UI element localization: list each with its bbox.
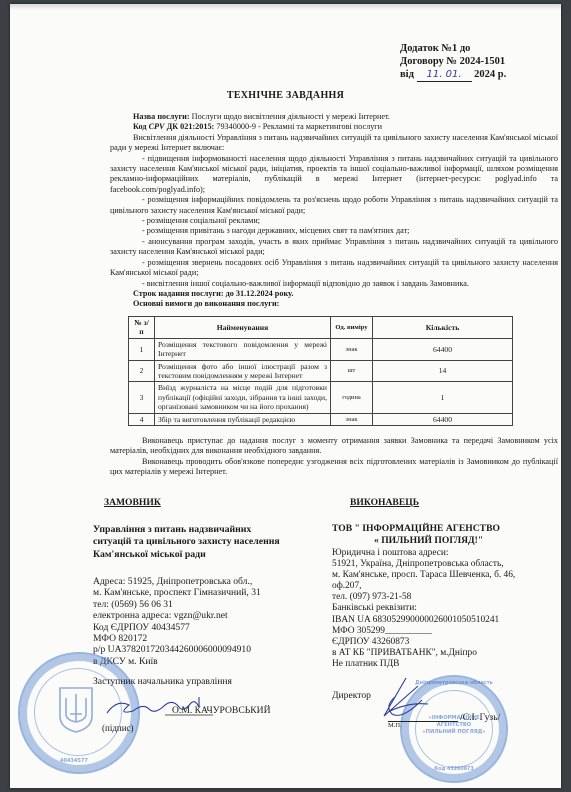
customer-mfo: МФО 820172	[93, 633, 328, 644]
row-unit: шт	[331, 360, 373, 382]
executor-vat-status: Не платник ПДВ	[332, 659, 561, 670]
service-code: Код CPV ДК 021:2015: 79340000-9 - Реклам…	[110, 122, 558, 132]
header-quantity: Кількість	[373, 317, 513, 339]
executor-signer-name: /С.І. Гузь/	[460, 712, 500, 723]
after-paragraph: Виконавець проводить обов'язкове поперед…	[110, 457, 558, 478]
code-label-cpv: CPV	[149, 122, 165, 131]
customer-email: електронна адреса: vgzn@ukr.net	[93, 610, 328, 621]
service-item: - розміщення інформаційних повідомлень т…	[110, 195, 558, 216]
customer-bank: в ДКСУ м. Київ	[93, 656, 328, 667]
code-label-pre: Код	[133, 122, 147, 131]
row-name: Збір та виготовлення публікації редакціє…	[155, 413, 331, 425]
service-item: - висвітлення іншої соціально-важливої і…	[110, 279, 558, 289]
signature-caption: (підпис)	[102, 723, 134, 733]
customer-address: Адреса: 51925, Дніпропетровська обл.,	[93, 576, 328, 587]
customer-signer-name: О.М. КАЧУРОВСЬКИЙ	[172, 705, 271, 716]
header-unit: Од. виміру	[331, 317, 373, 339]
row-name: Розміщення текстового повідомлення у мер…	[155, 338, 331, 360]
header-number: № з/п	[129, 317, 155, 339]
executor-name-line-1: ТОВ " ІНФОРМАЦІЙНЕ АГЕНСТВО	[332, 523, 500, 535]
executor-bank: в АТ КБ "ПРИВАТБАНК", м.Дніпро	[332, 648, 561, 659]
customer-name: Управління з питань надзвичайних ситуаці…	[93, 524, 323, 561]
row-unit: година	[331, 382, 373, 413]
service-item: - анонсування програм заходів, участь в …	[110, 237, 558, 258]
handwritten-date: 11. 01.	[417, 68, 472, 82]
customer-name-line: Кам'янської міської ради	[93, 549, 323, 561]
executor-address-label: Юридична і поштова адреси:	[332, 548, 561, 559]
row-quantity: 64400	[373, 338, 513, 360]
executor-signature-icon	[378, 676, 458, 724]
trident-emblem-icon	[56, 684, 96, 734]
row-number: 2	[129, 360, 155, 382]
after-table-text: Виконавець приступає до надання послуг з…	[110, 436, 558, 478]
row-quantity: 14	[373, 360, 513, 382]
code-label-post: ДК 021:2015:	[167, 122, 215, 131]
executor-mfo: МФО 305299__________	[332, 626, 561, 637]
mp-label: М.П.	[388, 721, 458, 729]
stamp-line: «ПИЛЬНИЙ ПОГЛЯД»	[422, 729, 486, 736]
executor-bank-label: Банківські реквізити:	[332, 603, 561, 614]
customer-heading: ЗАМОВНИК	[104, 497, 161, 508]
executor-details: Юридична і поштова адреси: 51921, Україн…	[332, 548, 561, 670]
table-row: 3 Виїзд журналіста на місце подій для пі…	[129, 382, 513, 413]
customer-edrpou: Код ЄДРПОУ 40434577	[93, 622, 328, 633]
appendix-header: Додаток №1 до Договору № 2024-1501 від 1…	[400, 42, 506, 82]
service-item: - розміщення привітань з нагоди державни…	[110, 226, 558, 236]
row-number: 1	[129, 338, 155, 360]
table-row: 4 Збір та виготовлення публікації редакц…	[129, 413, 513, 425]
service-term: Строк надання послуги: до 31.12.2024 рок…	[110, 289, 558, 299]
executor-address-2: м. Кам'янське, просп. Тараса Шевченка, б…	[332, 570, 561, 581]
customer-name-line: ситуацій та цивільного захисту населення	[93, 536, 323, 548]
customer-stamp-code: 40434577	[60, 758, 88, 764]
customer-details: Адреса: 51925, Дніпропетровська обл., м.…	[93, 576, 328, 667]
service-description: Назва послуги: Послуги щодо висвітлення …	[110, 112, 558, 310]
appendix-line-2: Договору № 2024-1501	[400, 55, 506, 68]
appendix-date: від 11. 01. 2024 р.	[400, 68, 506, 82]
row-quantity: 64400	[373, 413, 513, 425]
service-name-label: Назва послуги:	[133, 112, 190, 121]
service-name-value: Послуги щодо висвітлення діяльності у ме…	[192, 112, 390, 121]
executor-edrpou: ЄДРПОУ 43260873	[332, 637, 561, 648]
row-number: 3	[129, 382, 155, 413]
row-name: Розміщення фото або іншої ілюстрації раз…	[155, 360, 331, 382]
service-item: - розміщення звернень посадових осіб Упр…	[110, 258, 558, 279]
row-unit: знак	[331, 413, 373, 425]
executor-stamp-code: Код 43260873	[420, 767, 488, 772]
executor-heading: ВИКОНАВЕЦЬ	[350, 497, 419, 508]
requirements-table: № з/п Найменування Од. виміру Кількість …	[128, 316, 513, 426]
table-row: 2 Розміщення фото або іншої ілюстрації р…	[129, 360, 513, 382]
customer-account: р/р UA378201720344260006000094910	[93, 644, 328, 655]
row-number: 4	[129, 413, 155, 425]
code-value: 79340000-9 - Рекламні та маркетингові по…	[216, 122, 382, 131]
service-item: - розміщення соціальної реклами;	[110, 216, 558, 226]
customer-name-line: Управління з питань надзвичайних	[93, 524, 323, 536]
service-intro: Висвітлення діяльності Управління з пита…	[110, 133, 558, 154]
executor-phone: тел. (097) 973-21-58	[332, 592, 561, 603]
table-header-row: № з/п Найменування Од. виміру Кількість	[129, 317, 513, 339]
service-item: - підвищення інформованості населення що…	[110, 154, 558, 196]
executor-address: 51921, Україна, Дніпропетровська область…	[332, 559, 561, 570]
executor-iban: IBAN UA 683052990000026001050510241	[332, 615, 561, 626]
date-prefix: від	[400, 69, 414, 80]
appendix-line-1: Додаток №1 до	[400, 42, 506, 55]
executor-name: ТОВ " ІНФОРМАЦІЙНЕ АГЕНСТВО « ПИЛЬНИЙ ПО…	[332, 523, 500, 546]
document-page: Додаток №1 до Договору № 2024-1501 від 1…	[10, 4, 561, 788]
executor-office: оф.207,	[332, 581, 561, 592]
header-name: Найменування	[155, 317, 331, 339]
service-name: Назва послуги: Послуги щодо висвітлення …	[110, 112, 558, 122]
document-title: ТЕХНІЧНЕ ЗАВДАННЯ	[10, 90, 561, 101]
row-name: Виїзд журналіста на місце подій для підг…	[155, 382, 331, 413]
after-paragraph: Виконавець приступає до надання послуг з…	[110, 436, 558, 457]
customer-address-2: м. Кам'янське, проспект Гімназичний, 31	[93, 587, 328, 598]
table-row: 1 Розміщення текстового повідомлення у м…	[129, 338, 513, 360]
executor-signer-title: Директор	[332, 690, 371, 701]
executor-name-line-2: « ПИЛЬНИЙ ПОГЛЯД!"	[332, 535, 500, 547]
row-quantity: 1	[373, 382, 513, 413]
customer-signer-title: Заступник начальника управління	[93, 676, 232, 687]
customer-phone: тел: (0569) 56 06 31	[93, 599, 328, 610]
requirements-heading: Основні вимоги до виконання послуги:	[110, 299, 558, 309]
date-suffix: 2024 р.	[474, 69, 506, 80]
row-unit: знак	[331, 338, 373, 360]
